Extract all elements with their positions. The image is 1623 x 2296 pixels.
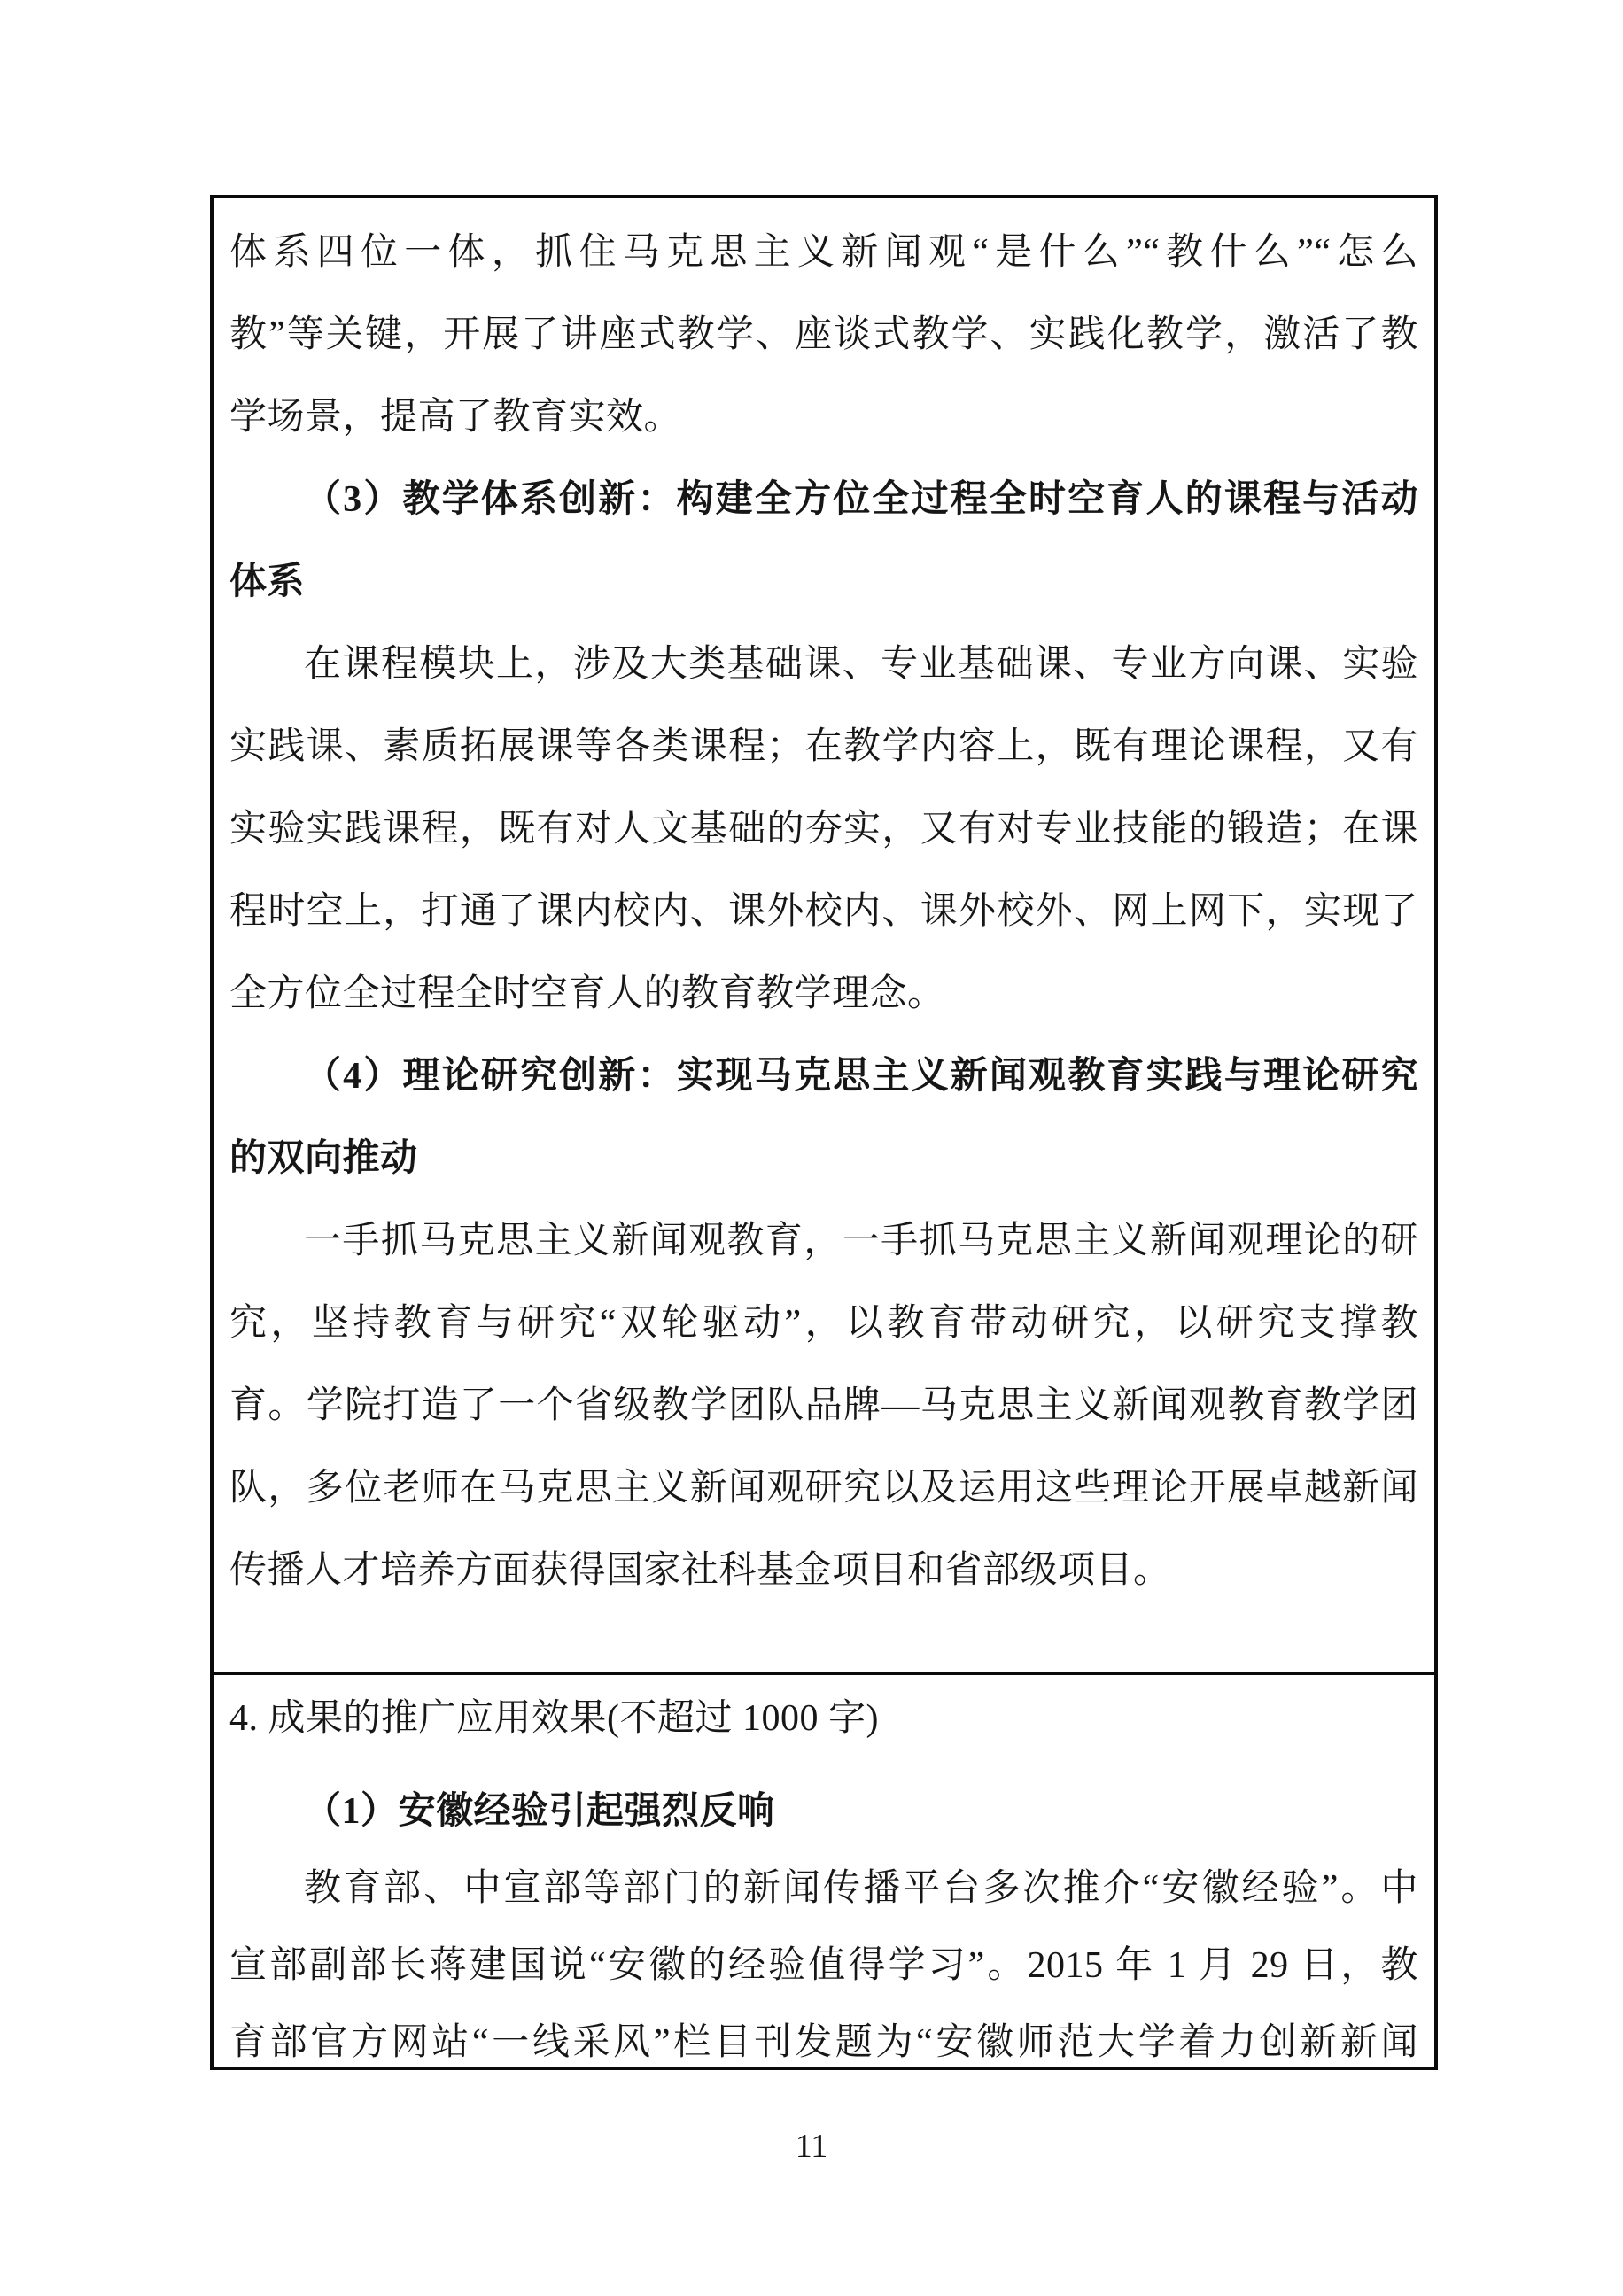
page-number: 11	[0, 2121, 1623, 2171]
text-line: 育部官方网站“一线采风”栏目刊发题为“安徽师范大学着力创新新闻	[229, 2005, 1418, 2067]
text-line: 实验实践课程，既有对人文基础的夯实，又有对专业技能的锻造；在课	[229, 788, 1418, 871]
text-line: 4. 成果的推广应用效果(不超过 1000 字)	[229, 1680, 1418, 1757]
text-line: 学场景，提高了教育实效。	[229, 376, 1418, 459]
text-line: （3）教学体系创新：构建全方位全过程全时空育人的课程与活动	[229, 459, 1418, 541]
text-line: 程时空上，打通了课内校内、课外校内、课外校外、网上网下，实现了	[229, 871, 1418, 953]
text-line: 究，坚持教育与研究“双轮驱动”，以教育带动研究，以研究支撑教	[229, 1283, 1418, 1365]
text-line: 在课程模块上，涉及大类基础课、专业基础课、专业方向课、实验	[229, 624, 1418, 706]
text-line: 的双向推动	[229, 1118, 1418, 1200]
form-table: 体系四位一体，抓住马克思主义新闻观“是什么”“教什么”“怎么教”等关键，开展了讲…	[210, 195, 1438, 2070]
text-line: 体系四位一体，抓住马克思主义新闻观“是什么”“教什么”“怎么	[229, 212, 1418, 294]
text-line: 教”等关键，开展了讲座式教学、座谈式教学、实践化教学，激活了教	[229, 294, 1418, 376]
text-line: （1）安徽经验引起强烈反响	[229, 1773, 1418, 1850]
text-line: 一手抓马克思主义新闻观教育，一手抓马克思主义新闻观理论的研	[229, 1200, 1418, 1283]
text-line: 育。学院打造了一个省级教学团队品牌—马克思主义新闻观教育教学团	[229, 1365, 1418, 1447]
text-line: 传播人才培养方面获得国家社科基金项目和省部级项目。	[229, 1530, 1418, 1612]
text-line: 全方位全过程全时空育人的教育教学理念。	[229, 953, 1418, 1036]
document-page: 体系四位一体，抓住马克思主义新闻观“是什么”“教什么”“怎么教”等关键，开展了讲…	[0, 0, 1623, 2296]
text-line: 教育部、中宣部等部门的新闻传播平台多次推介“安徽经验”。中	[229, 1850, 1418, 1928]
table-cell-teaching-innovation: 体系四位一体，抓住马克思主义新闻观“是什么”“教什么”“怎么教”等关键，开展了讲…	[214, 198, 1434, 1675]
text-line: （4）理论研究创新：实现马克思主义新闻观教育实践与理论研究	[229, 1036, 1418, 1118]
text-line: 实践课、素质拓展课等各类课程；在教学内容上，既有理论课程，又有	[229, 706, 1418, 788]
text-line: 队，多位老师在马克思主义新闻观研究以及运用这些理论开展卓越新闻	[229, 1447, 1418, 1530]
text-line: 宣部副部长蒋建国说“安徽的经验值得学习”。2015 年 1 月 29 日，教	[229, 1928, 1418, 2005]
table-cell-promotion-effect: 4. 成果的推广应用效果(不超过 1000 字)（1）安徽经验引起强烈反响教育部…	[214, 1675, 1434, 2067]
text-line: 体系	[229, 541, 1418, 624]
